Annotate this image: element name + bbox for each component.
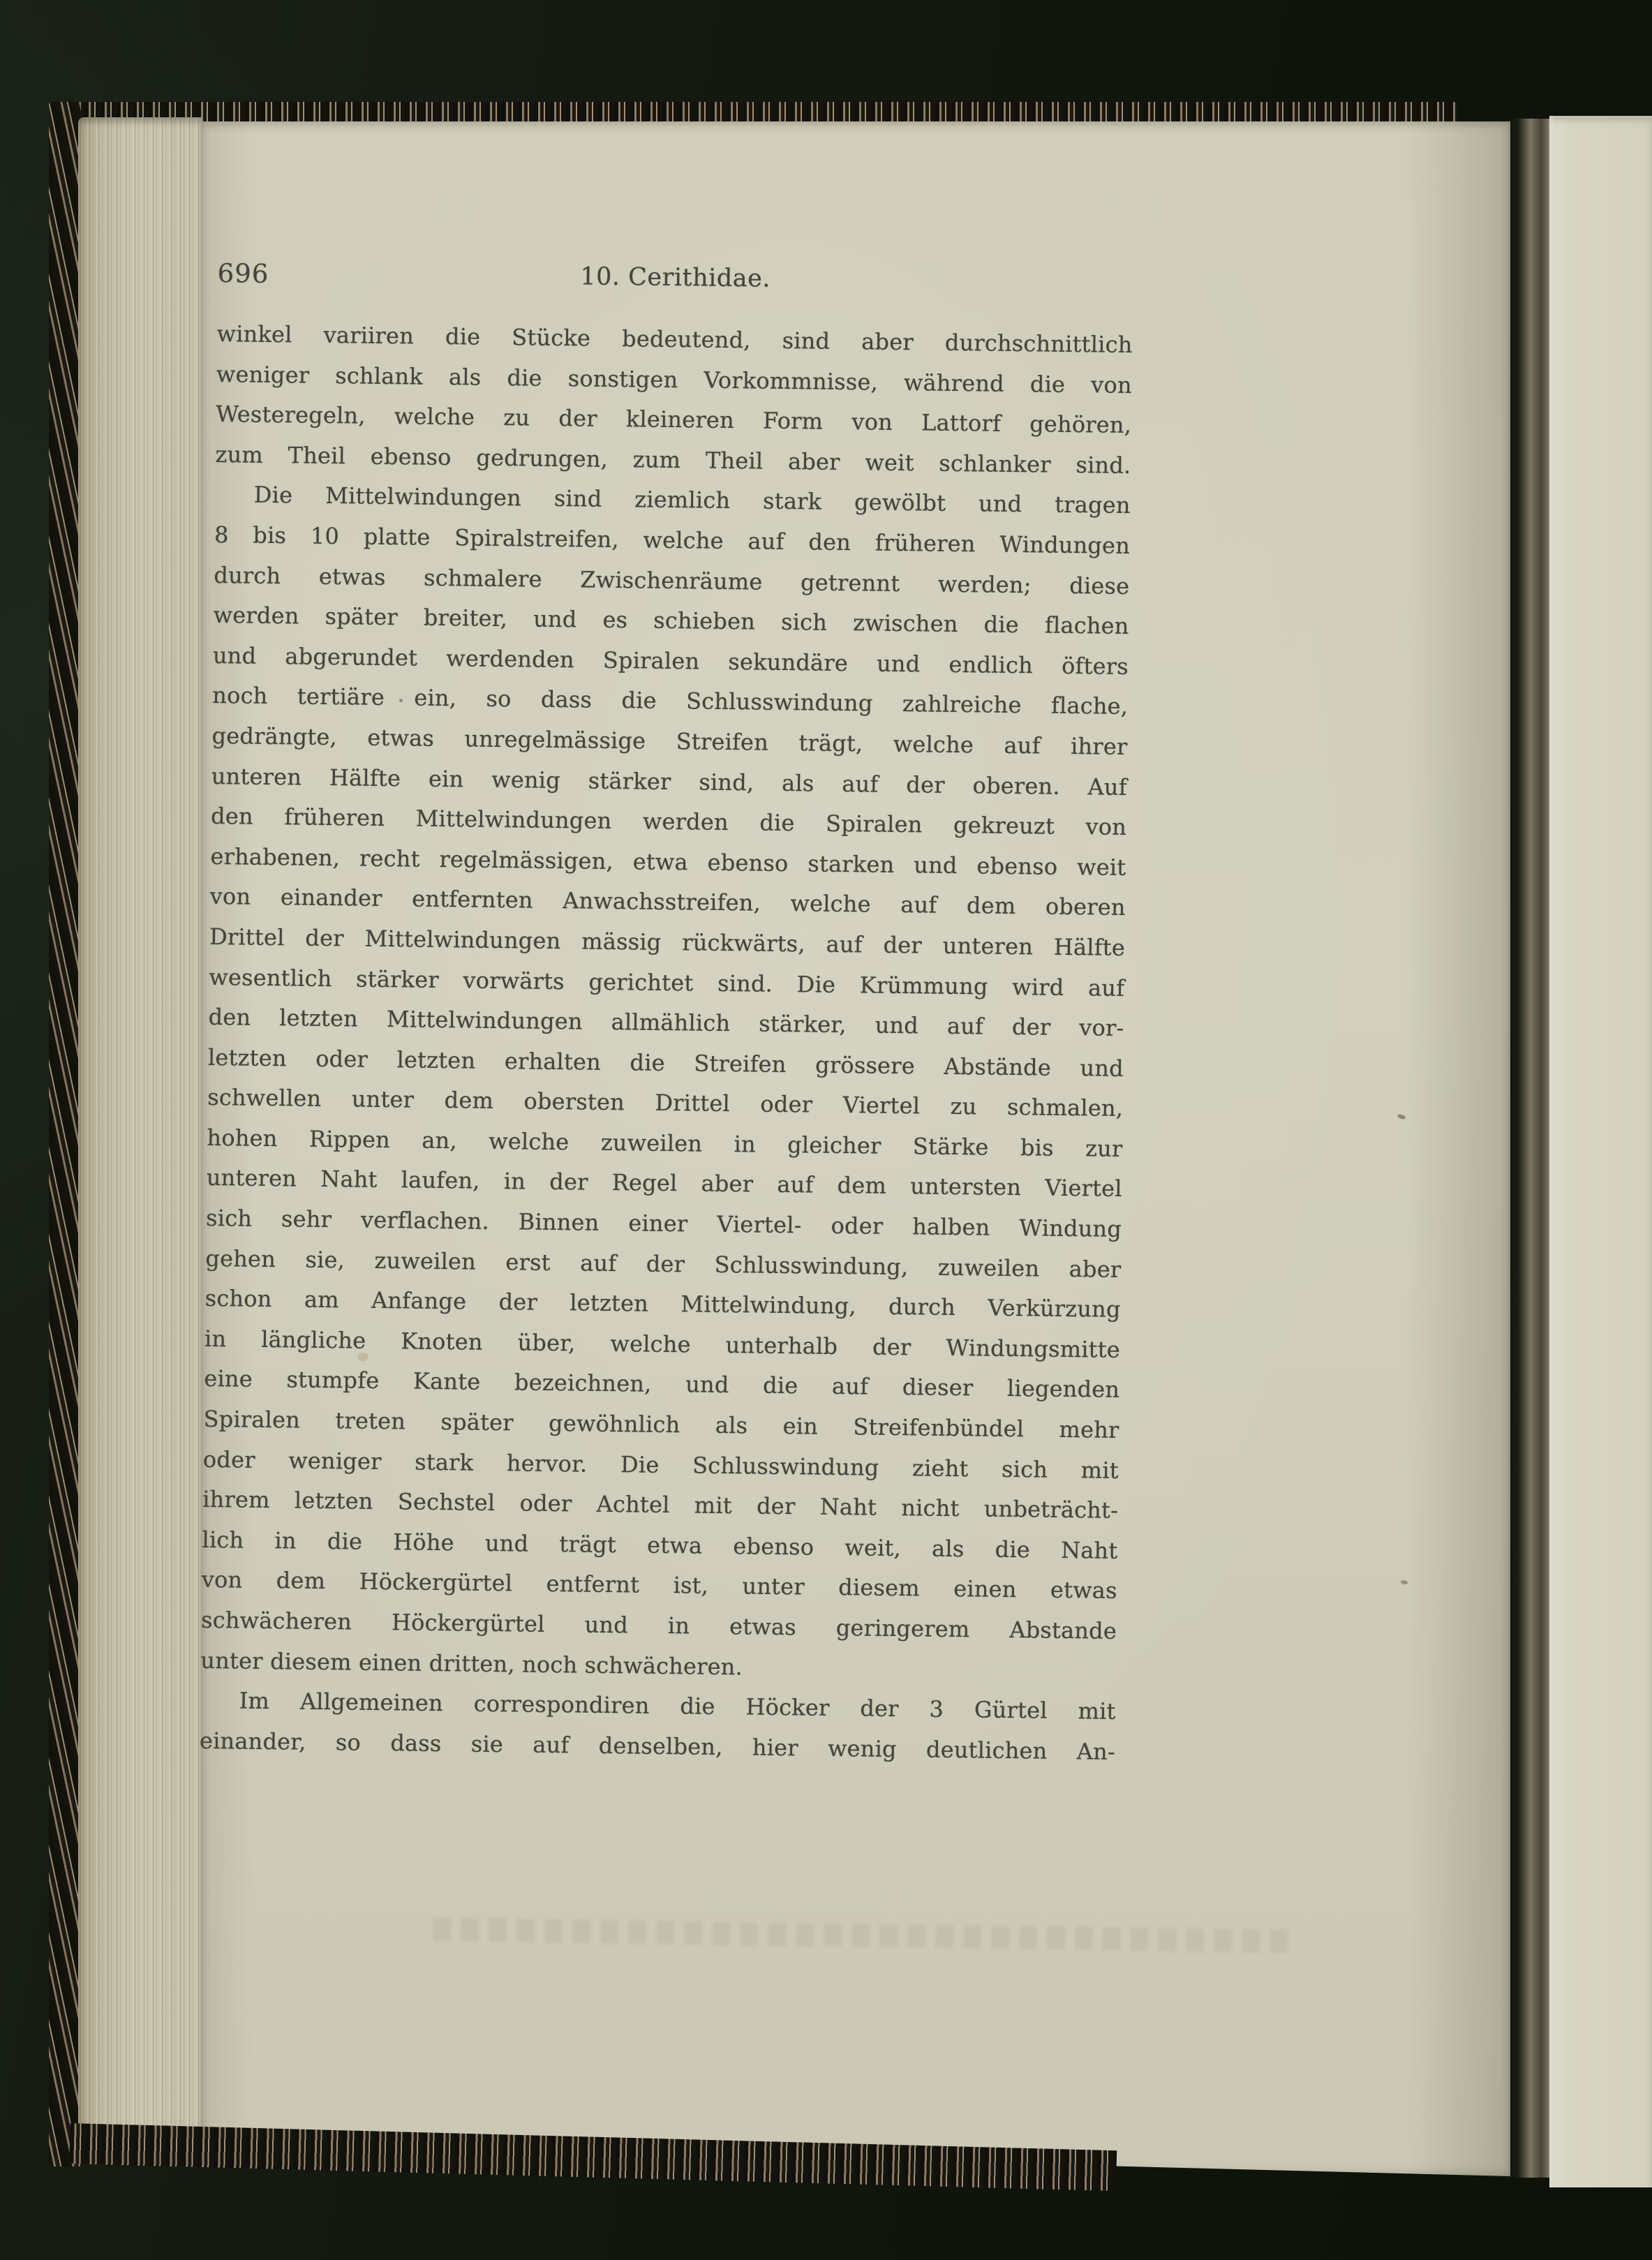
scan-background: 696 10. Cerithidae. winkel variiren die … [0,0,1652,2260]
paper-blemish [399,699,403,702]
page-edge-stack [78,117,202,2139]
book-cover-marbled-edge [49,102,81,2166]
page-header: 696 10. Cerithidae. [217,255,1133,325]
paper-blemish [357,1353,369,1361]
body-text: winkel variiren die Stücke bedeutend, si… [200,314,1133,1772]
page-content: 696 10. Cerithidae. winkel variiren die … [200,255,1133,1772]
facing-page-edge [1549,116,1652,2187]
page-gutter-shadow [1508,119,1549,2178]
